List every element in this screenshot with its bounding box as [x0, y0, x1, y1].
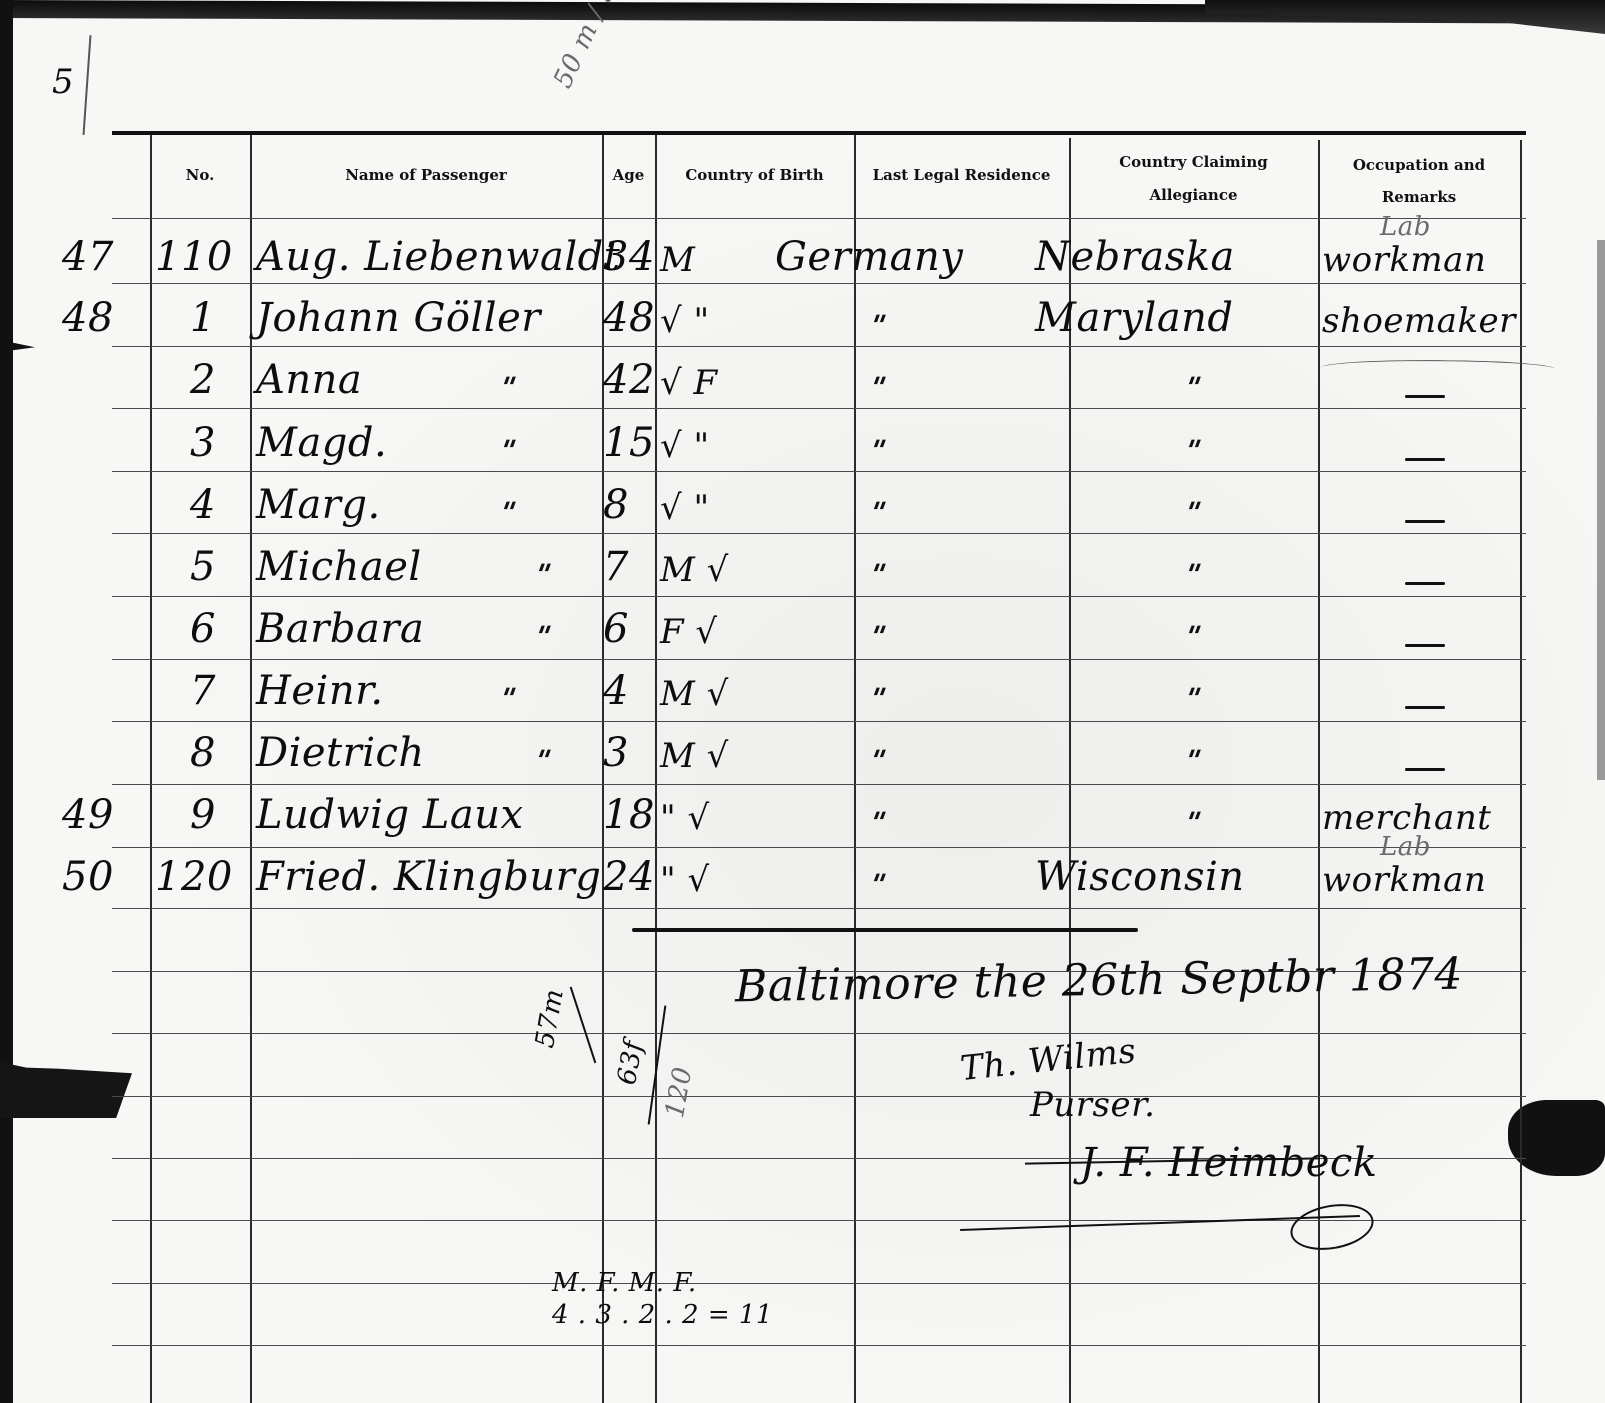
row-line: [112, 533, 1526, 534]
residence-ditto: ": [864, 309, 891, 342]
allegiance-ditto: ": [1179, 682, 1206, 715]
allegiance-ditto: ": [1179, 620, 1206, 653]
row-line: [112, 847, 1526, 848]
passenger-name: Dietrich: [256, 730, 425, 776]
header-occupation-line1: Occupation and: [1318, 150, 1520, 180]
residence-ditto: ": [864, 558, 891, 591]
allegiance-ditto: ": [1179, 744, 1206, 777]
row-line: [112, 596, 1526, 597]
header-allegiance-line2: Allegiance: [1069, 180, 1318, 210]
passenger-age: 8: [603, 482, 629, 528]
header-age: Age: [602, 160, 655, 190]
surname-ditto: ": [529, 744, 556, 777]
occupation: shoemaker: [1322, 301, 1516, 341]
passenger-sex-mark: " √: [660, 798, 710, 838]
row-line: [112, 283, 1526, 284]
row-margin-number: 49: [62, 792, 114, 838]
surname-ditto: ": [494, 496, 521, 529]
passenger-sex-mark: " √: [660, 860, 710, 900]
occupation-blank-dash: [1405, 768, 1445, 771]
country-of-birth: Germany: [775, 234, 963, 280]
passenger-sex-mark: √ ": [660, 488, 710, 528]
allegiance: Maryland: [1035, 295, 1234, 341]
allegiance-ditto: ": [1179, 371, 1206, 404]
surname-ditto: ": [494, 371, 521, 404]
passenger-sex-mark: M: [660, 240, 695, 280]
passenger-sex-mark: M √: [660, 674, 729, 714]
tally-females: 63f: [612, 1038, 649, 1087]
row-line: [112, 908, 1526, 909]
signature-flourish: [1287, 1198, 1377, 1256]
column-divider: [854, 135, 856, 1403]
tally-stroke: [570, 987, 596, 1064]
list-end-rule: [632, 928, 1138, 932]
header-rule: [112, 131, 1526, 135]
passenger-name: Fried. Klingburg: [256, 854, 601, 900]
surname-ditto: ": [494, 682, 521, 715]
closing-place-date: Baltimore the 26th Septbr 1874: [735, 949, 1464, 1013]
passenger-name: Anna: [256, 357, 362, 403]
passenger-age: 6: [603, 606, 629, 652]
row-number: 8: [190, 730, 216, 776]
closing-signer-name: Th. Wilms: [958, 1031, 1138, 1089]
passenger-sex-mark: √ ": [660, 301, 710, 341]
passenger-age: 7: [603, 544, 629, 590]
row-margin-number: 50: [62, 854, 114, 900]
residence-ditto: ": [864, 806, 891, 839]
header-last-legal-residence: Last Legal Residence: [854, 160, 1069, 190]
row-number: 120: [155, 854, 233, 900]
row-number: 3: [190, 420, 216, 466]
row-number: 7: [190, 668, 216, 714]
passenger-sex-mark: M √: [660, 550, 729, 590]
passenger-age: 18: [603, 792, 655, 838]
residence-ditto: ": [864, 744, 891, 777]
header-allegiance-line1: Country Claiming: [1069, 147, 1318, 177]
occupation-blank-dash: [1405, 520, 1445, 523]
allegiance-ditto: ": [1179, 558, 1206, 591]
header-no: No.: [150, 160, 250, 190]
row-line: [112, 1283, 1526, 1284]
passenger-name: Marg.: [256, 482, 381, 528]
row-number: 4: [190, 482, 216, 528]
row-margin-number: 48: [62, 295, 114, 341]
passenger-age: 34: [603, 234, 655, 280]
residence-ditto: ": [864, 682, 891, 715]
passenger-sex-mark: √ F: [660, 363, 718, 403]
passenger-name: Michael: [256, 544, 422, 590]
column-divider: [655, 135, 657, 1403]
passenger-name: Heinr.: [256, 668, 384, 714]
occupation-blank-dash: [1405, 395, 1445, 398]
manifest-page: 5 50 m / 59f No. Name of Passenger Age C…: [0, 0, 1605, 1403]
row-number: 1: [190, 295, 216, 341]
scan-right-shadow: [1597, 240, 1605, 780]
passenger-sex-mark: M √: [660, 736, 729, 776]
surname-ditto: ": [529, 620, 556, 653]
header-occupation-line2: Remarks: [1318, 182, 1520, 212]
allegiance-ditto: ": [1179, 496, 1206, 529]
column-divider: [250, 135, 252, 1403]
residence-ditto: ": [864, 434, 891, 467]
row-number: 110: [155, 234, 233, 280]
ink-blot-right: [1508, 1100, 1605, 1176]
row-line: [112, 784, 1526, 785]
bottom-tally-line1: M. F. M. F.: [552, 1268, 697, 1298]
occupation: workman: [1322, 860, 1486, 900]
passenger-name: Ludwig Laux: [256, 792, 524, 838]
passenger-name: Magd.: [256, 420, 387, 466]
row-margin-number: 47: [62, 234, 114, 280]
allegiance: Wisconsin: [1035, 854, 1245, 900]
row-line: [112, 1096, 1526, 1097]
scan-left-edge: [0, 0, 13, 1403]
residence-ditto: ": [864, 620, 891, 653]
passenger-name: Aug. Liebenwaldt: [256, 234, 620, 280]
allegiance-ditto: ": [1179, 806, 1206, 839]
margin-page-number: 5: [52, 62, 74, 102]
surname-ditto: ": [529, 558, 556, 591]
row-line: [112, 218, 1526, 219]
occupation: workman: [1322, 240, 1486, 280]
tally-males: 57m: [530, 987, 570, 1051]
header-name: Name of Passenger: [250, 160, 602, 190]
occupation-blank-dash: [1405, 706, 1445, 709]
row-line: [112, 408, 1526, 409]
countersignature: J. F. Heimbeck: [1080, 1140, 1378, 1186]
row-line: [112, 721, 1526, 722]
row-number: 5: [190, 544, 216, 590]
pencil-remark: Lab: [1380, 212, 1431, 242]
allegiance-ditto: ": [1179, 434, 1206, 467]
row-line: [112, 471, 1526, 472]
allegiance: Nebraska: [1035, 234, 1235, 280]
occupation-blank-dash: [1405, 458, 1445, 461]
ink-blot-left: [0, 1062, 132, 1118]
row-line: [112, 1033, 1526, 1034]
pencil-remark: Lab: [1380, 832, 1431, 862]
margin-mark: [83, 35, 92, 135]
passenger-name: Barbara: [256, 606, 424, 652]
occupation-blank-dash: [1405, 644, 1445, 647]
occupation-blank-dash: [1405, 582, 1445, 585]
closing-signer-title: Purser.: [1030, 1085, 1155, 1125]
passenger-age: 3: [603, 730, 629, 776]
surname-ditto: ": [494, 434, 521, 467]
residence-ditto: ": [864, 868, 891, 901]
row-number: 2: [190, 357, 216, 403]
passenger-sex-mark: √ ": [660, 426, 710, 466]
passenger-age: 48: [603, 295, 655, 341]
row-line: [112, 659, 1526, 660]
passenger-sex-mark: F √: [660, 612, 718, 652]
row-number: 9: [190, 792, 216, 838]
bottom-tally-line2: 4 . 3 . 2 . 2 = 11: [552, 1300, 773, 1330]
passenger-age: 15: [603, 420, 655, 466]
residence-ditto: ": [864, 371, 891, 404]
residence-ditto: ": [864, 496, 891, 529]
scan-left-tab: [0, 340, 35, 352]
header-country-of-birth: Country of Birth: [655, 160, 854, 190]
passenger-age: 24: [603, 854, 655, 900]
passenger-name: Johann Göller: [256, 295, 541, 341]
row-line: [112, 346, 1526, 347]
passenger-age: 42: [603, 357, 655, 403]
passenger-age: 4: [603, 668, 629, 714]
row-number: 6: [190, 606, 216, 652]
tally-total: 120: [660, 1065, 698, 1121]
column-divider: [1520, 140, 1522, 1403]
column-divider: [150, 135, 152, 1403]
row-line: [112, 1345, 1526, 1346]
